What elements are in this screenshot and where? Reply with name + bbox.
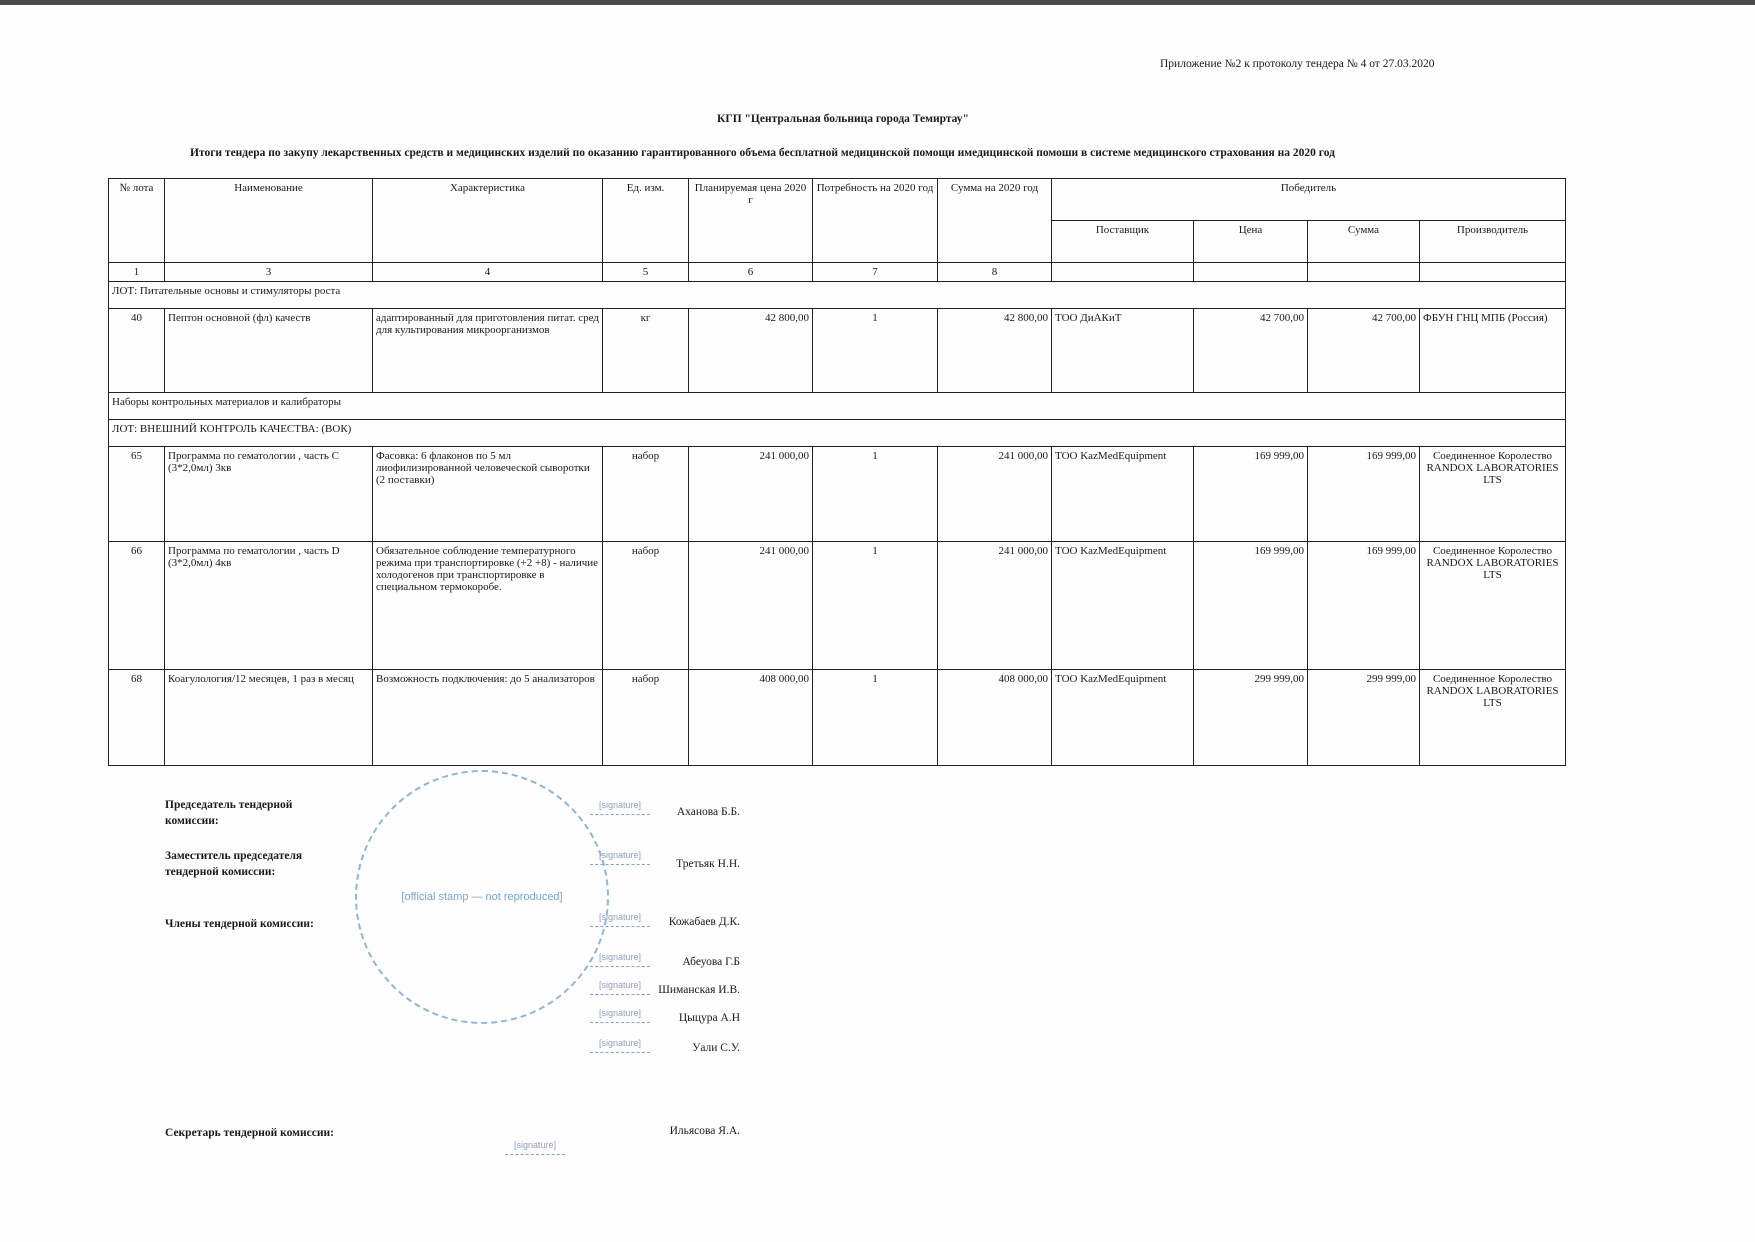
cell-manufacturer: Соединенное Королество RANDOX LABORATORI… [1420,542,1566,670]
member-name: Цыцура А.Н [640,1012,740,1024]
col-planned-price: Планируемая цена 2020 г [689,179,813,263]
chair-name: Аханова Б.Б. [640,806,740,818]
cell-sum-2020: 241 000,00 [938,447,1052,542]
cell-name: Программа по гематологии , часть D (3*2,… [165,542,373,670]
chair-label: Председатель тендерной комиссии: [165,797,345,829]
col-unit: Ед. изм. [603,179,689,263]
cell-spec: Обязательное соблюдение температурного р… [373,542,603,670]
col-sum-2020: Сумма на 2020 год [938,179,1052,263]
cell-demand: 1 [813,542,938,670]
cell-sum: 169 999,00 [1308,542,1420,670]
column-number: 8 [938,263,1052,282]
cell-planned-price: 241 000,00 [689,447,813,542]
member-name: Уали С.У. [640,1042,740,1054]
col-demand: Потребность на 2020 год [813,179,938,263]
cell-manufacturer: ФБУН ГНЦ МПБ (Россия) [1420,309,1566,393]
col-spec: Характеристика [373,179,603,263]
cell-price: 169 999,00 [1194,447,1308,542]
cell-spec: Фасовка: 6 флаконов по 5 мл лиофилизиров… [373,447,603,542]
col-manufacturer: Производитель [1420,221,1566,263]
cell-manufacturer: Соединенное Королество RANDOX LABORATORI… [1420,447,1566,542]
cell-name: Пептон основной (фл) качеств [165,309,373,393]
col-lot-no: № лота [109,179,165,263]
header-row: № лота Наименование Характеристика Ед. и… [109,179,1566,221]
column-number: 5 [603,263,689,282]
column-number: 7 [813,263,938,282]
cell-supplier: ТОО KazMedEquipment [1052,542,1194,670]
secretary-name: Ильясова Я.А. [640,1125,740,1137]
cell-planned-price: 408 000,00 [689,670,813,766]
cell-price: 299 999,00 [1194,670,1308,766]
section-label: ЛОТ: ВНЕШНИЙ КОНТРОЛЬ КАЧЕСТВА: (ВОК) [109,420,1566,447]
table-row: 68 Коагулология/12 месяцев, 1 раз в меся… [109,670,1566,766]
cell-supplier: ТОО KazMedEquipment [1052,670,1194,766]
table-row: 65 Программа по гематологии , часть C (3… [109,447,1566,542]
cell-spec: Возможность подключения: до 5 анализатор… [373,670,603,766]
cell-lot: 68 [109,670,165,766]
cell-unit: кг [603,309,689,393]
cell-sum: 169 999,00 [1308,447,1420,542]
members-label: Члены тендерной комиссии: [165,916,425,932]
organization-name: КГП "Центральная больница города Темирта… [0,113,1686,125]
signature-placeholder: [signature] [505,1140,565,1155]
cell-supplier: ТОО ДиАКиТ [1052,309,1194,393]
table-row: 66 Программа по гематологии , часть D (3… [109,542,1566,670]
cell-name: Коагулология/12 месяцев, 1 раз в месяц [165,670,373,766]
cell-supplier: ТОО KazMedEquipment [1052,447,1194,542]
cell-demand: 1 [813,309,938,393]
cell-sum: 299 999,00 [1308,670,1420,766]
cell-unit: набор [603,542,689,670]
section-row: ЛОТ: Питательные основы и стимуляторы ро… [109,282,1566,309]
cell-planned-price: 241 000,00 [689,542,813,670]
section-row: ЛОТ: ВНЕШНИЙ КОНТРОЛЬ КАЧЕСТВА: (ВОК) [109,420,1566,447]
cell-unit: набор [603,447,689,542]
cell-lot: 40 [109,309,165,393]
cell-sum: 42 700,00 [1308,309,1420,393]
cell-spec: адаптированный для приготовления питат. … [373,309,603,393]
column-number-row: 1 3 4 5 6 7 8 [109,263,1566,282]
section-label: ЛОТ: Питательные основы и стимуляторы ро… [109,282,1566,309]
column-number: 1 [109,263,165,282]
col-name: Наименование [165,179,373,263]
cell-planned-price: 42 800,00 [689,309,813,393]
section-row: Наборы контрольных материалов и калибрат… [109,393,1566,420]
cell-name: Программа по гематологии , часть C (3*2,… [165,447,373,542]
cell-demand: 1 [813,670,938,766]
column-number: 3 [165,263,373,282]
member-name: Абеуова Г.Б [640,956,740,968]
cell-lot: 66 [109,542,165,670]
col-winner: Победитель [1052,179,1566,221]
cell-sum-2020: 408 000,00 [938,670,1052,766]
scan-top-edge [0,0,1755,5]
deputy-name: Третьяк Н.Н. [640,858,740,870]
stamp-placeholder: [official stamp — not reproduced] [355,770,609,1024]
tender-results-table: № лота Наименование Характеристика Ед. и… [108,178,1566,766]
cell-lot: 65 [109,447,165,542]
col-supplier: Поставщик [1052,221,1194,263]
cell-price: 169 999,00 [1194,542,1308,670]
member-name: Кожабаев Д.К. [640,916,740,928]
secretary-label: Секретарь тендерной комиссии: [165,1125,425,1141]
appendix-reference: Приложение №2 к протоколу тендера № 4 от… [1160,58,1434,70]
col-price: Цена [1194,221,1308,263]
column-number: 4 [373,263,603,282]
table-row: 40 Пептон основной (фл) качеств адаптиро… [109,309,1566,393]
cell-sum-2020: 241 000,00 [938,542,1052,670]
cell-demand: 1 [813,447,938,542]
section-label: Наборы контрольных материалов и калибрат… [109,393,1566,420]
deputy-label: Заместитель председателя тендерной комис… [165,848,345,880]
document-title: Итоги тендера по закупу лекарственных ср… [190,147,1335,159]
column-number: 6 [689,263,813,282]
cell-manufacturer: Соединенное Королество RANDOX LABORATORI… [1420,670,1566,766]
member-name: Шиманская И.В. [640,984,740,996]
cell-sum-2020: 42 800,00 [938,309,1052,393]
cell-price: 42 700,00 [1194,309,1308,393]
cell-unit: набор [603,670,689,766]
col-sum: Сумма [1308,221,1420,263]
